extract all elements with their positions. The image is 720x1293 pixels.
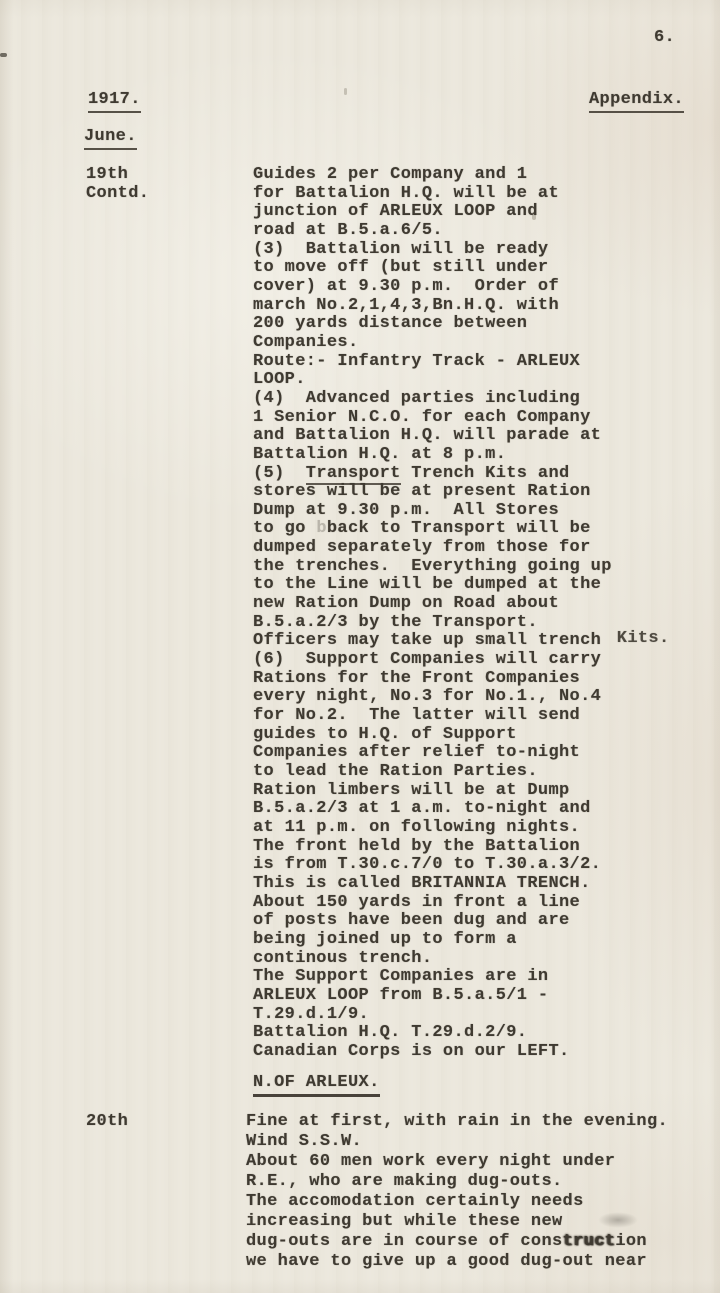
text-line: dumped separately from those for xyxy=(253,539,670,558)
text-segment: The accomodation certainly needs xyxy=(246,1192,584,1211)
text-segment: Wind S.S.W. xyxy=(246,1132,362,1151)
text-segment: The Support Companies are in xyxy=(253,967,548,986)
text-segment: ion xyxy=(615,1232,647,1251)
text-line: every night, No.3 for No.1., No.4 xyxy=(253,688,670,707)
text-segment: The front held by the Battalion xyxy=(253,837,580,856)
text-segment: (5) xyxy=(253,464,306,483)
text-segment: for Battalion H.Q. will be at xyxy=(253,184,559,203)
text-line: This is called BRITANNIA TRENCH. xyxy=(253,875,670,894)
text-line: 20th xyxy=(86,1112,128,1132)
text-segment: to move off (but still under xyxy=(253,258,548,277)
text-segment: (3) Battalion will be ready xyxy=(253,240,548,259)
text-line: to lead the Ration Parties. xyxy=(253,763,670,782)
text-line: T.29.d.1/9. xyxy=(253,1006,670,1025)
entry-body-20th: Fine at first, with rain in the evening.… xyxy=(246,1112,668,1272)
text-line: Dump at 9.30 p.m. All Stores xyxy=(253,502,670,521)
text-segment: ARLEUX LOOP from B.5.a.5/1 - xyxy=(253,986,548,1005)
text-line: ARLEUX LOOP from B.5.a.5/1 - xyxy=(253,987,670,1006)
text-line: Ration limbers will be at Dump xyxy=(253,782,670,801)
year-heading: 1917. xyxy=(88,90,141,113)
text-line: 1 Senior N.C.O. for each Company xyxy=(253,409,670,428)
text-segment: to the Line will be dumped at the xyxy=(253,575,601,594)
text-segment: dumped separately from those for xyxy=(253,538,591,557)
text-line: cover) at 9.30 p.m. Order of xyxy=(253,278,670,297)
text-line: to the Line will be dumped at the xyxy=(253,576,670,595)
text-segment-ghost: b xyxy=(316,519,327,538)
text-line: The Support Companies are in xyxy=(253,968,670,987)
text-segment: Contd. xyxy=(86,184,149,203)
appendix-heading: Appendix. xyxy=(589,90,684,113)
text-segment: B.5.a.2/3 at 1 a.m. to-night and xyxy=(253,799,591,818)
text-line: we have to give up a good dug-out near xyxy=(246,1252,668,1272)
text-line: The accomodation certainly needs xyxy=(246,1192,668,1212)
text-line: is from T.30.c.7/0 to T.30.a.3/2. xyxy=(253,856,670,875)
text-segment: dug-outs are in course of cons xyxy=(246,1232,563,1251)
text-segment: This is called BRITANNIA TRENCH. xyxy=(253,874,591,893)
text-line: at 11 p.m. on following nights. xyxy=(253,819,670,838)
paper-speck xyxy=(344,88,347,95)
text-line: The front held by the Battalion xyxy=(253,838,670,857)
text-line: stores will be at present Ration xyxy=(253,483,670,502)
text-line: Battalion H.Q. T.29.d.2/9. xyxy=(253,1024,670,1043)
text-segment: and Battalion H.Q. will parade at xyxy=(253,426,601,445)
text-segment: guides to H.Q. of Support xyxy=(253,725,517,744)
text-segment: junction of ARLEUX LOOP and xyxy=(253,202,538,221)
text-segment: 19th xyxy=(86,165,128,184)
text-segment: back to Transport will be xyxy=(327,519,591,538)
text-segment: B.5.a.2/3 by the Transport. xyxy=(253,613,538,632)
text-line: the trenches. Everything going up xyxy=(253,558,670,577)
entry-date-19th: 19thContd. xyxy=(86,166,149,203)
text-line: Guides 2 per Company and 1 xyxy=(253,166,670,185)
text-line: guides to H.Q. of Support xyxy=(253,726,670,745)
text-segment: 200 yards distance between xyxy=(253,314,527,333)
text-line: being joined up to form a xyxy=(253,931,670,950)
text-segment: Ration limbers will be at Dump xyxy=(253,781,570,800)
text-line: Canadian Corps is on our LEFT. xyxy=(253,1043,670,1062)
text-line: dug-outs are in course of construction xyxy=(246,1232,668,1252)
text-segment: T.29.d.1/9. xyxy=(253,1005,369,1024)
text-line: (5) Transport Trench Kits and xyxy=(253,465,670,484)
text-segment: is from T.30.c.7/0 to T.30.a.3/2. xyxy=(253,855,601,874)
text-line: Rations for the Front Companies xyxy=(253,670,670,689)
section-heading-n-of-arleux: N.OF ARLEUX. xyxy=(253,1073,380,1097)
text-line: march No.2,1,4,3,Bn.H.Q. with xyxy=(253,297,670,316)
entry-date-20th: 20th xyxy=(86,1112,128,1132)
text-line: Battalion H.Q. at 8 p.m. xyxy=(253,446,670,465)
text-segment: new Ration Dump on Road about xyxy=(253,594,559,613)
text-line: and Battalion H.Q. will parade at xyxy=(253,427,670,446)
text-segment: 20th xyxy=(86,1112,128,1131)
text-segment: Companies after relief to-night xyxy=(253,743,580,762)
text-segment: R.E., who are making dug-outs. xyxy=(246,1172,563,1191)
page-number: 6. xyxy=(654,28,675,47)
text-segment: LOOP. xyxy=(253,370,306,389)
text-line: LOOP. xyxy=(253,371,670,390)
text-line: Companies. xyxy=(253,334,670,353)
text-line: junction of ARLEUX LOOP and xyxy=(253,203,670,222)
text-segment: stores will be at present Ration xyxy=(253,482,591,501)
month-heading: June. xyxy=(84,127,137,150)
text-segment: cover) at 9.30 p.m. Order of xyxy=(253,277,559,296)
text-segment: (4) Advanced parties including xyxy=(253,389,580,408)
text-segment: Battalion H.Q. T.29.d.2/9. xyxy=(253,1023,527,1042)
text-line: About 60 men work every night under xyxy=(246,1152,668,1172)
text-segment: for No.2. The latter will send xyxy=(253,706,580,725)
text-segment: to go xyxy=(253,519,316,538)
text-segment: to lead the Ration Parties. xyxy=(253,762,538,781)
entry-body-19th: Guides 2 per Company and 1for Battalion … xyxy=(253,166,670,1062)
scanned-diary-page: 6. 1917. Appendix. June. 19thContd. Guid… xyxy=(0,0,720,1293)
text-line: Route:- Infantry Track - ARLEUX xyxy=(253,353,670,372)
text-segment: Dump at 9.30 p.m. All Stores xyxy=(253,501,559,520)
text-line: 19th xyxy=(86,166,149,185)
text-segment: the trenches. Everything going up xyxy=(253,557,612,576)
text-line: continous trench. xyxy=(253,950,670,969)
text-segment: About 150 yards in front a line xyxy=(253,893,580,912)
text-segment: Companies. xyxy=(253,333,359,352)
text-line: for Battalion H.Q. will be at xyxy=(253,185,670,204)
text-segment: 1 Senior N.C.O. for each Company xyxy=(253,408,591,427)
text-segment-raise: Kits. xyxy=(601,629,669,648)
text-segment: Trench Kits and xyxy=(401,464,570,483)
text-line: Fine at first, with rain in the evening. xyxy=(246,1112,668,1132)
text-line: (6) Support Companies will carry xyxy=(253,651,670,670)
text-segment: march No.2,1,4,3,Bn.H.Q. with xyxy=(253,296,559,315)
text-segment: we have to give up a good dug-out near xyxy=(246,1252,647,1271)
text-line: B.5.a.2/3 at 1 a.m. to-night and xyxy=(253,800,670,819)
text-segment: being joined up to form a xyxy=(253,930,517,949)
text-segment: of posts have been dug and are xyxy=(253,911,570,930)
text-segment: Route:- Infantry Track - ARLEUX xyxy=(253,352,580,371)
text-segment: road at B.5.a.6/5. xyxy=(253,221,443,240)
text-line: (3) Battalion will be ready xyxy=(253,241,670,260)
text-line: new Ration Dump on Road about xyxy=(253,595,670,614)
text-line: (4) Advanced parties including xyxy=(253,390,670,409)
text-line: Officers may take up small trench Kits. xyxy=(253,632,670,651)
text-line: of posts have been dug and are xyxy=(253,912,670,931)
text-line: increasing but while these new xyxy=(246,1212,668,1232)
text-line: to move off (but still under xyxy=(253,259,670,278)
text-segment: every night, No.3 for No.1., No.4 xyxy=(253,687,601,706)
text-line: 200 yards distance between xyxy=(253,315,670,334)
text-segment: Fine at first, with rain in the evening. xyxy=(246,1112,668,1131)
text-segment: Guides 2 per Company and 1 xyxy=(253,165,527,184)
paper-speck xyxy=(0,53,7,57)
text-segment: continous trench. xyxy=(253,949,432,968)
text-line: Wind S.S.W. xyxy=(246,1132,668,1152)
text-segment: Officers may take up small trench xyxy=(253,631,601,650)
text-segment: About 60 men work every night under xyxy=(246,1152,615,1171)
text-line: road at B.5.a.6/5. xyxy=(253,222,670,241)
text-segment: Rations for the Front Companies xyxy=(253,669,580,688)
text-line: R.E., who are making dug-outs. xyxy=(246,1172,668,1192)
text-segment: Battalion H.Q. at 8 p.m. xyxy=(253,445,506,464)
text-line: to go bback to Transport will be xyxy=(253,520,670,539)
text-segment-smudge: truct xyxy=(563,1232,616,1251)
text-segment: Canadian Corps is on our LEFT. xyxy=(253,1042,570,1061)
text-line: Companies after relief to-night xyxy=(253,744,670,763)
text-line: About 150 yards in front a line xyxy=(253,894,670,913)
text-segment: increasing but while these new xyxy=(246,1212,563,1231)
text-line: Contd. xyxy=(86,185,149,204)
text-line: for No.2. The latter will send xyxy=(253,707,670,726)
text-segment: at 11 p.m. on following nights. xyxy=(253,818,580,837)
text-segment: (6) Support Companies will carry xyxy=(253,650,601,669)
